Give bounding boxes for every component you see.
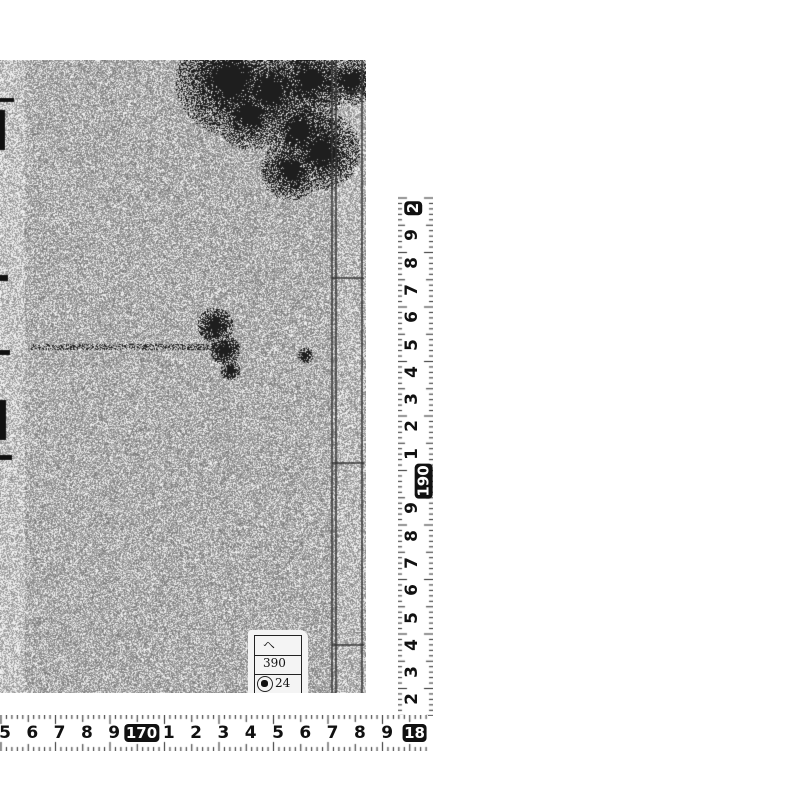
ruler-label: 190 — [415, 463, 433, 498]
ruler-label: 4 — [403, 366, 421, 378]
label-blank-row — [255, 655, 301, 675]
ruler-label: 8 — [403, 257, 421, 269]
ruler-label: 4 — [403, 639, 421, 651]
ruler-label: 170 — [124, 724, 159, 742]
ruler-label: 18 — [402, 724, 427, 742]
ruler-label: 2 — [190, 724, 202, 742]
ruler-label: 5 — [403, 339, 421, 351]
ruler-label: 8 — [81, 724, 93, 742]
ruler-label: 1 — [163, 724, 175, 742]
cover-texture — [0, 60, 366, 693]
ruler-label: 6 — [403, 584, 421, 596]
vertical-scale-ruler: 298765432119098765432 — [398, 196, 433, 716]
ruler-label: 3 — [403, 393, 421, 405]
label-call-number: ヘ 390 — [255, 636, 301, 656]
ruler-label: 8 — [403, 530, 421, 542]
ruler-label: 9 — [381, 724, 393, 742]
ruler-label: 5 — [272, 724, 284, 742]
ruler-label: 2 — [404, 201, 422, 215]
catalog-label-frame: ヘ 390 24 — [254, 635, 302, 693]
ruler-label: 6 — [26, 724, 38, 742]
ruler-label: 9 — [403, 502, 421, 514]
scan-stage: ヘ 390 24 298765432119098765432 567891701… — [0, 0, 800, 800]
ruler-label: 3 — [217, 724, 229, 742]
ruler-label: 8 — [354, 724, 366, 742]
ruler-label: 2 — [403, 693, 421, 705]
ruler-label: 7 — [327, 724, 339, 742]
ruler-label: 9 — [403, 229, 421, 241]
ruler-label: 1 — [403, 448, 421, 460]
ruler-label: 7 — [403, 284, 421, 296]
ruler-label: 5 — [403, 612, 421, 624]
library-seal-icon — [257, 676, 273, 692]
book-cover: ヘ 390 24 — [0, 60, 366, 693]
ruler-label: 9 — [108, 724, 120, 742]
ruler-label: 7 — [403, 557, 421, 569]
ruler-label: 6 — [403, 311, 421, 323]
horizontal-scale-ruler: 5678917012345678918 — [0, 715, 428, 751]
catalog-label: ヘ 390 24 — [248, 630, 308, 693]
ruler-label: 7 — [54, 724, 66, 742]
ruler-label: 2 — [403, 420, 421, 432]
ruler-label: 3 — [403, 666, 421, 678]
ruler-label: 6 — [299, 724, 311, 742]
ruler-label: 4 — [245, 724, 257, 742]
ruler-label: 5 — [0, 724, 11, 742]
